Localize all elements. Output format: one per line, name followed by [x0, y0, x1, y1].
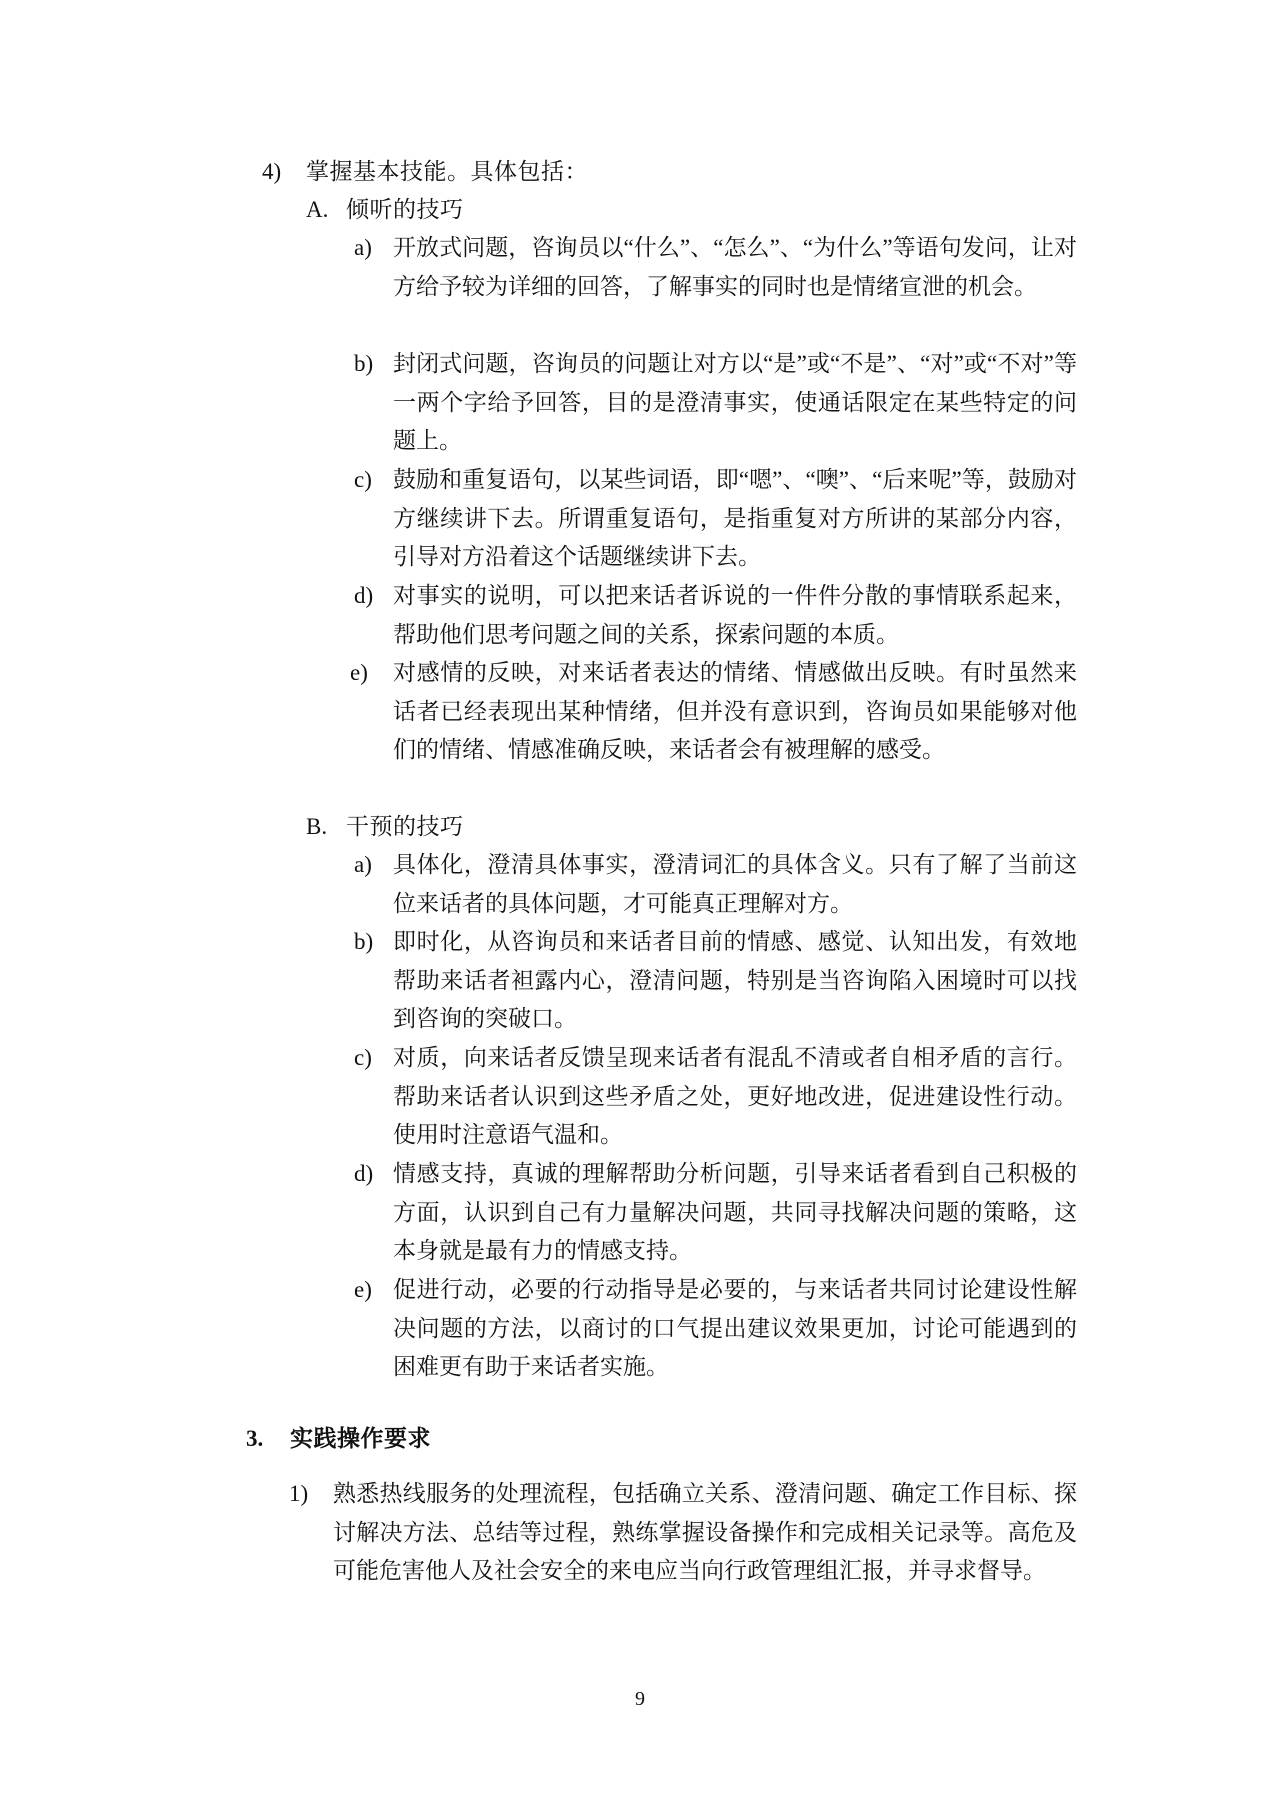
a-item-e-label: e)	[350, 654, 368, 692]
section-a-label: A.	[306, 191, 328, 229]
section-b-title: 干预的技巧	[346, 808, 464, 846]
s3-item-1-label: 1)	[289, 1475, 308, 1513]
section-b-label: B.	[306, 808, 327, 846]
s3-item-1-text: 熟悉热线服务的处理流程，包括确立关系、澄清问题、确定工作目标、探讨解决方法、总结…	[333, 1475, 1077, 1591]
section-3-title: 实践操作要求	[290, 1420, 431, 1458]
item-4-text: 掌握基本技能。具体包括：	[306, 153, 588, 191]
section-a-title: 倾听的技巧	[346, 191, 464, 229]
a-item-d-text: 对事实的说明，可以把来话者诉说的一件件分散的事情联系起来，帮助他们思考问题之间的…	[393, 577, 1077, 654]
b-item-c-label: c)	[354, 1039, 372, 1077]
b-item-a-text: 具体化，澄清具体事实，澄清词汇的具体含义。只有了解了当前这位来话者的具体问题，才…	[393, 846, 1077, 923]
b-item-d-text: 情感支持，真诚的理解帮助分析问题，引导来话者看到自己积极的方面，认识到自己有力量…	[393, 1155, 1077, 1271]
b-item-c-text: 对质，向来话者反馈呈现来话者有混乱不清或者自相矛盾的言行。帮助来话者认识到这些矛…	[393, 1039, 1077, 1155]
b-item-e-text: 促进行动，必要的行动指导是必要的，与来话者共同讨论建设性解决问题的方法，以商讨的…	[393, 1271, 1077, 1387]
item-4-label: 4)	[262, 153, 281, 191]
b-item-b-text: 即时化，从咨询员和来话者目前的情感、感觉、认知出发，有效地帮助来话者袒露内心，澄…	[393, 923, 1077, 1039]
a-item-a-text: 开放式问题，咨询员以“什么”、“怎么”、“为什么”等语句发问，让对方给予较为详细…	[393, 229, 1077, 306]
document-page: 4) 掌握基本技能。具体包括： A. 倾听的技巧 a) 开放式问题，咨询员以“什…	[0, 0, 1280, 1810]
a-item-a-label: a)	[354, 229, 372, 267]
a-item-c-label: c)	[354, 461, 372, 499]
page-number: 9	[0, 1688, 1280, 1711]
b-item-a-label: a)	[354, 846, 372, 884]
section-3-label: 3.	[246, 1420, 263, 1458]
a-item-b-text: 封闭式问题，咨询员的问题让对方以“是”或“不是”、“对”或“不对”等一两个字给予…	[393, 345, 1077, 461]
a-item-b-label: b)	[354, 345, 373, 383]
a-item-e-text: 对感情的反映，对来话者表达的情绪、情感做出反映。有时虽然来话者已经表现出某种情绪…	[393, 654, 1077, 770]
b-item-d-label: d)	[354, 1155, 373, 1193]
a-item-c-text: 鼓励和重复语句，以某些词语，即“嗯”、“噢”、“后来呢”等，鼓励对方继续讲下去。…	[393, 461, 1077, 577]
b-item-e-label: e)	[354, 1271, 372, 1309]
a-item-d-label: d)	[354, 577, 373, 615]
b-item-b-label: b)	[354, 923, 373, 961]
